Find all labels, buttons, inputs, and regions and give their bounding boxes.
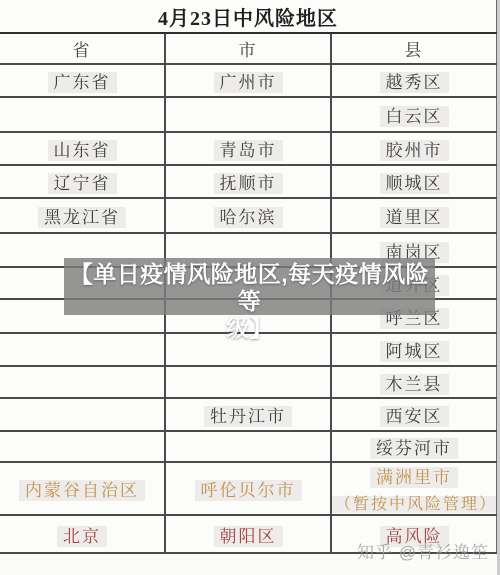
caption-overlay: 【单日疫情风险地区,每天疫情风险等 级】 xyxy=(64,258,435,315)
table-row: 木兰县 xyxy=(0,366,497,398)
province-cell: 广东省 xyxy=(48,72,117,93)
zhihu-watermark: 知乎 @青衫逸笙 xyxy=(357,538,489,563)
city-cell: 青岛市 xyxy=(214,140,283,161)
province-cell: 内蒙谷自治区 xyxy=(19,480,145,501)
table-title: 4月23日中风险地区 xyxy=(0,0,497,33)
document-page: 4月23日中风险地区 省 市 县 广东省 广州市 越秀区 白云区 山东省 青岛市… xyxy=(0,0,500,575)
province-cell: 黑龙江省 xyxy=(38,207,126,228)
column-header-county: 县 xyxy=(331,33,497,64)
province-cell: 山东省 xyxy=(48,140,117,161)
table-header-row: 省 市 县 xyxy=(0,33,497,64)
county-cell: 绥芬河市 xyxy=(370,438,458,459)
city-cell: 朝阳区 xyxy=(214,526,283,547)
table-row: 白云区 xyxy=(0,97,497,132)
county-cell: 顺城区 xyxy=(380,173,449,194)
city-cell: 广州市 xyxy=(214,72,283,93)
table-row: 辽宁省 抚顺市 顺城区 xyxy=(0,165,497,198)
table-row: 牡丹江市 西安区 xyxy=(0,398,497,431)
table-row: 山东省 青岛市 胶州市 xyxy=(0,132,497,165)
county-cell: 胶州市 xyxy=(380,140,449,161)
county-cell: 道里区 xyxy=(380,207,449,228)
table-row: 绥芬河市 xyxy=(0,431,497,462)
column-header-city: 市 xyxy=(165,33,331,64)
county-cell: 西安区 xyxy=(380,406,449,427)
county-cell: 满洲里市 xyxy=(370,467,458,488)
county-cell: 白云区 xyxy=(380,106,449,127)
caption-line2: 级】 xyxy=(64,315,435,342)
county-cell: 木兰县 xyxy=(380,374,449,395)
county-cell: 阿城区 xyxy=(380,341,449,362)
city-cell: 抚顺市 xyxy=(214,173,283,194)
table-row: 广东省 广州市 越秀区 xyxy=(0,64,497,97)
province-cell: 北京 xyxy=(57,526,107,547)
province-cell: 辽宁省 xyxy=(48,173,117,194)
table-title-row: 4月23日中风险地区 xyxy=(0,0,497,33)
caption-line1: 【单日疫情风险地区,每天疫情风险等 xyxy=(64,261,435,315)
table-row-medium-risk: 内蒙谷自治区 呼伦贝尔市 满洲里市 （暂按中风险管理） xyxy=(0,462,497,515)
county-cell: 越秀区 xyxy=(380,72,449,93)
city-cell: 呼伦贝尔市 xyxy=(195,480,302,501)
city-cell: 牡丹江市 xyxy=(204,406,292,427)
table-row: 黑龙江省 哈尔滨 道里区 xyxy=(0,198,497,233)
city-cell: 哈尔滨 xyxy=(214,207,283,228)
column-header-province: 省 xyxy=(0,33,165,64)
county-cell-note: （暂按中风险管理） xyxy=(332,496,497,513)
